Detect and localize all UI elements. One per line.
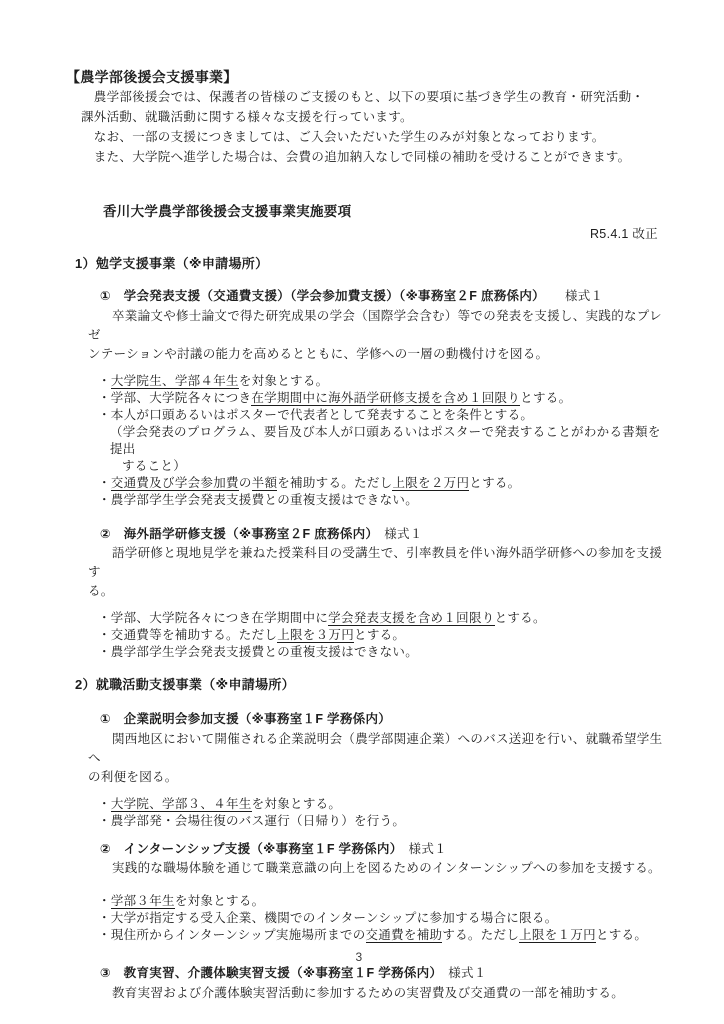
subsection-1-2-title: ② 海外語学研修支援（※事務室２F 庶務係内） bbox=[100, 527, 378, 541]
subsection-2-2-title: ② インターンシップ支援（※事務室１F 学務係内） bbox=[100, 842, 403, 856]
bullet-line: ・学部、大学院各々につき在学期間中に海外語学研修支援を含め１回限りとする。 bbox=[98, 390, 666, 407]
subsection-kaigai-gogaku: ② 海外語学研修支援（※事務室２F 庶務係内）様式１ 語学研修と現地見学を兼ねた… bbox=[88, 525, 666, 662]
text-segment: ・ bbox=[98, 374, 111, 388]
subsection-internship: ② インターンシップ支援（※事務室１F 学務係内）様式１ 実践的な職場体験を通じ… bbox=[88, 840, 666, 945]
subsection-kyoiku-jisshu: ③ 教育実習、介護体験実習支援（※事務室１F 学務係内）様式１ 教育実習および介… bbox=[88, 964, 666, 1003]
form-label: 様式１ bbox=[565, 289, 603, 303]
text-segment: とする。 bbox=[354, 628, 405, 642]
subsection-2-1-title: ① 企業説明会参加支援（※事務室１F 学務係内） bbox=[100, 712, 391, 726]
bullet-line: ・交通費及び学会参加費の半額を補助する。ただし上限を２万円とする。 bbox=[98, 475, 666, 492]
bullet-line: ・農学部学生学会発表支援費との重複支援はできない。 bbox=[98, 492, 666, 509]
subsection-2-1-description: 関西地区において開催される企業説明会（農学部関連企業）へのバス送迎を行い、就職希… bbox=[88, 730, 666, 787]
bullet-line: ・学部３年生を対象とする。 bbox=[98, 893, 666, 910]
text-segment: ・ bbox=[98, 476, 111, 490]
text-segment: ・交通費等を補助する。ただし bbox=[98, 628, 277, 642]
document-page: 【農学部後援会支援事業】 農学部後援会では、保護者の皆様のご支援のもと、以下の要… bbox=[0, 0, 724, 1024]
text-segment: を補助する。ただし bbox=[277, 476, 392, 490]
subsection-2-2-bullets: ・学部３年生を対象とする。・大学が指定する受入企業、機関でのインターンシップに参… bbox=[98, 893, 666, 944]
text-line: また、大学院へ進学した場合は、会費の追加納入なしで同様の補助を受けることができま… bbox=[81, 147, 666, 167]
text-segment: とする。 bbox=[596, 928, 647, 942]
bullet-line: ・農学部発・会場往復のバス運行（日帰り）を行う。 bbox=[98, 813, 666, 830]
text-segment: の bbox=[239, 476, 252, 490]
text-line: ンテーションや討議の能力を高めるとともに、学修への一層の動機付けを図る。 bbox=[88, 345, 666, 364]
underlined-text: 学部３年生 bbox=[111, 894, 175, 909]
subsection-2-3-title: ③ 教育実習、介護体験実習支援（※事務室１F 学務係内） bbox=[100, 966, 442, 980]
subsection-1-1-heading: ① 学会発表支援（交通費支援）（学会参加費支援）（※事務室２F 庶務係内）様式１ bbox=[100, 287, 666, 307]
page-number: 3 bbox=[0, 948, 718, 968]
text-segment: ・ bbox=[98, 894, 111, 908]
bullet-line: ・本人が口頭あるいはポスターで代表者として発表することを条件とする。 bbox=[98, 407, 666, 424]
text-segment: ・学部、大学院各々につき bbox=[98, 391, 251, 405]
bullet-line: ・現住所からインターンシップ実施場所までの交通費を補助する。ただし上限を１万円と… bbox=[98, 927, 666, 944]
text-line: る。 bbox=[88, 582, 666, 601]
bullet-line: すること） bbox=[122, 458, 666, 475]
text-segment: すること） bbox=[122, 459, 186, 473]
text-line: なお、一部の支援につきましては、ご入会いただいた学生のみが対象となっております。 bbox=[81, 127, 666, 147]
subsection-2-3-description: 教育実習および介護体験実習活動に参加するための実習費及び交通費の一部を補助する。 bbox=[88, 984, 666, 1003]
subsection-2-2-heading: ② インターンシップ支援（※事務室１F 学務係内）様式１ bbox=[100, 840, 666, 860]
document-body: 【農学部後援会支援事業】 農学部後援会では、保護者の皆様のご支援のもと、以下の要… bbox=[0, 0, 724, 1003]
subsection-1-2-heading: ② 海外語学研修支援（※事務室２F 庶務係内）様式１ bbox=[100, 525, 666, 545]
subsection-gakkai-happyo: ① 学会発表支援（交通費支援）（学会参加費支援）（※事務室２F 庶務係内）様式１… bbox=[88, 287, 666, 509]
underlined-text: 在学期間中に海外語学研修支援を含め１回限り bbox=[251, 391, 520, 406]
underlined-text: 学会発表支援を含め１回限り bbox=[328, 611, 494, 626]
section-2-heading: 2）就職活動支援事業（※申請場所） bbox=[75, 675, 666, 695]
subsection-1-1-description: 卒業論文や修士論文で得た研究成果の学会（国際学会含む）等での発表を支援し、実践的… bbox=[88, 307, 666, 364]
underlined-text: 大学院生、学部４年生 bbox=[111, 374, 239, 389]
text-segment: ・農学部学生学会発表支援費との重複支援はできない。 bbox=[98, 645, 418, 659]
underlined-text: 上限を３万円 bbox=[277, 628, 354, 643]
text-line: 課外活動、就職活動に関する様々な支援を行っています。 bbox=[81, 107, 666, 127]
subsection-2-1-bullets: ・大学院、学部３、４年生を対象とする。・農学部発・会場往復のバス運行（日帰り）を… bbox=[98, 796, 666, 830]
text-segment: する。ただし bbox=[442, 928, 519, 942]
text-segment: とする。 bbox=[469, 476, 520, 490]
revision-date: R5.4.1 改正 bbox=[66, 224, 666, 244]
text-segment: を対象とする。 bbox=[239, 374, 329, 388]
bullet-line: ・交通費等を補助する。ただし上限を３万円とする。 bbox=[98, 627, 666, 644]
underlined-text: 大学院、学部３、４年生 bbox=[111, 797, 252, 812]
form-label: 様式１ bbox=[448, 966, 486, 980]
text-segment: を対象とする。 bbox=[252, 797, 342, 811]
text-line: 実践的な職場体験を通じて職業意識の向上を図るためのインターンシップへの参加を支援… bbox=[88, 859, 666, 878]
underlined-text: 上限を１万円 bbox=[519, 928, 596, 943]
text-segment: ・大学が指定する受入企業、機関でのインターンシップに参加する場合に限る。 bbox=[98, 911, 558, 925]
text-line: 卒業論文や修士論文で得た研究成果の学会（国際学会含む）等での発表を支援し、実践的… bbox=[88, 307, 666, 345]
bullet-line: ・学部、大学院各々につき在学期間中に学会発表支援を含め１回限りとする。 bbox=[98, 610, 666, 627]
text-line: 関西地区において開催される企業説明会（農学部関連企業）へのバス送迎を行い、就職希… bbox=[88, 730, 666, 768]
text-segment: ・本人が口頭あるいはポスターで代表者として発表することを条件とする。 bbox=[98, 408, 533, 422]
bullet-line: ・大学が指定する受入企業、機関でのインターンシップに参加する場合に限る。 bbox=[98, 910, 666, 927]
subsection-1-2-description: 語学研修と現地見学を兼ねた授業科目の受講生で、引率教員を伴い海外語学研修への参加… bbox=[88, 544, 666, 601]
section-study-support: 1）勉学支援事業（※申請場所） ① 学会発表支援（交通費支援）（学会参加費支援）… bbox=[66, 254, 666, 661]
text-segment: ・現住所からインターンシップ実施場所までの bbox=[98, 928, 366, 942]
underlined-text: 半額 bbox=[252, 476, 278, 491]
underlined-text: 交通費を補助 bbox=[366, 928, 443, 943]
text-segment: （学会発表のプログラム、要旨及び本人が口頭あるいはポスターで発表することがわかる… bbox=[110, 425, 661, 456]
text-segment: ・農学部発・会場往復のバス運行（日帰り）を行う。 bbox=[98, 814, 405, 828]
text-segment: ・農学部学生学会発表支援費との重複支援はできない。 bbox=[98, 493, 418, 507]
text-line: 教育実習および介護体験実習活動に参加するための実習費及び交通費の一部を補助する。 bbox=[88, 984, 666, 1003]
subsection-2-2-description: 実践的な職場体験を通じて職業意識の向上を図るためのインターンシップへの参加を支援… bbox=[88, 859, 666, 878]
form-label: 様式１ bbox=[409, 842, 447, 856]
intro-paragraph: 農学部後援会では、保護者の皆様のご支援のもと、以下の要項に基づき学生の教育・研究… bbox=[81, 87, 666, 167]
text-segment: ・ bbox=[98, 797, 111, 811]
bullet-line: ・大学院生、学部４年生を対象とする。 bbox=[98, 373, 666, 390]
bullet-line: ・農学部学生学会発表支援費との重複支援はできない。 bbox=[98, 644, 666, 661]
bullet-line: ・大学院、学部３、４年生を対象とする。 bbox=[98, 796, 666, 813]
bullet-line: （学会発表のプログラム、要旨及び本人が口頭あるいはポスターで発表することがわかる… bbox=[110, 424, 666, 458]
form-label: 様式１ bbox=[384, 527, 422, 541]
subsection-1-1-bullets: ・大学院生、学部４年生を対象とする。・学部、大学院各々につき在学期間中に海外語学… bbox=[98, 373, 666, 509]
doc-title: 香川大学農学部後援会支援事業実施要項 bbox=[103, 202, 666, 222]
text-line: の利便を図る。 bbox=[88, 768, 666, 787]
text-segment: を対象とする。 bbox=[175, 894, 265, 908]
text-line: 農学部後援会では、保護者の皆様のご支援のもと、以下の要項に基づき学生の教育・研究… bbox=[81, 87, 666, 107]
subsection-kigyo-setsumeikai: ① 企業説明会参加支援（※事務室１F 学務係内） 関西地区において開催される企業… bbox=[88, 710, 666, 830]
subsection-1-2-bullets: ・学部、大学院各々につき在学期間中に学会発表支援を含め１回限りとする。・交通費等… bbox=[98, 610, 666, 661]
text-segment: とする。 bbox=[495, 611, 546, 625]
text-line: 語学研修と現地見学を兼ねた授業科目の受講生で、引率教員を伴い海外語学研修への参加… bbox=[88, 544, 666, 582]
underlined-text: 上限を２万円 bbox=[392, 476, 469, 491]
text-segment: とする。 bbox=[520, 391, 571, 405]
section-1-heading: 1）勉学支援事業（※申請場所） bbox=[75, 254, 666, 274]
text-segment: ・学部、大学院各々につき在学期間中に bbox=[98, 611, 328, 625]
intro-heading: 【農学部後援会支援事業】 bbox=[66, 67, 666, 87]
subsection-1-1-title: ① 学会発表支援（交通費支援）（学会参加費支援）（※事務室２F 庶務係内） bbox=[100, 289, 545, 303]
underlined-text: 交通費及び学会参加費 bbox=[111, 476, 239, 491]
subsection-2-1-heading: ① 企業説明会参加支援（※事務室１F 学務係内） bbox=[100, 710, 666, 730]
